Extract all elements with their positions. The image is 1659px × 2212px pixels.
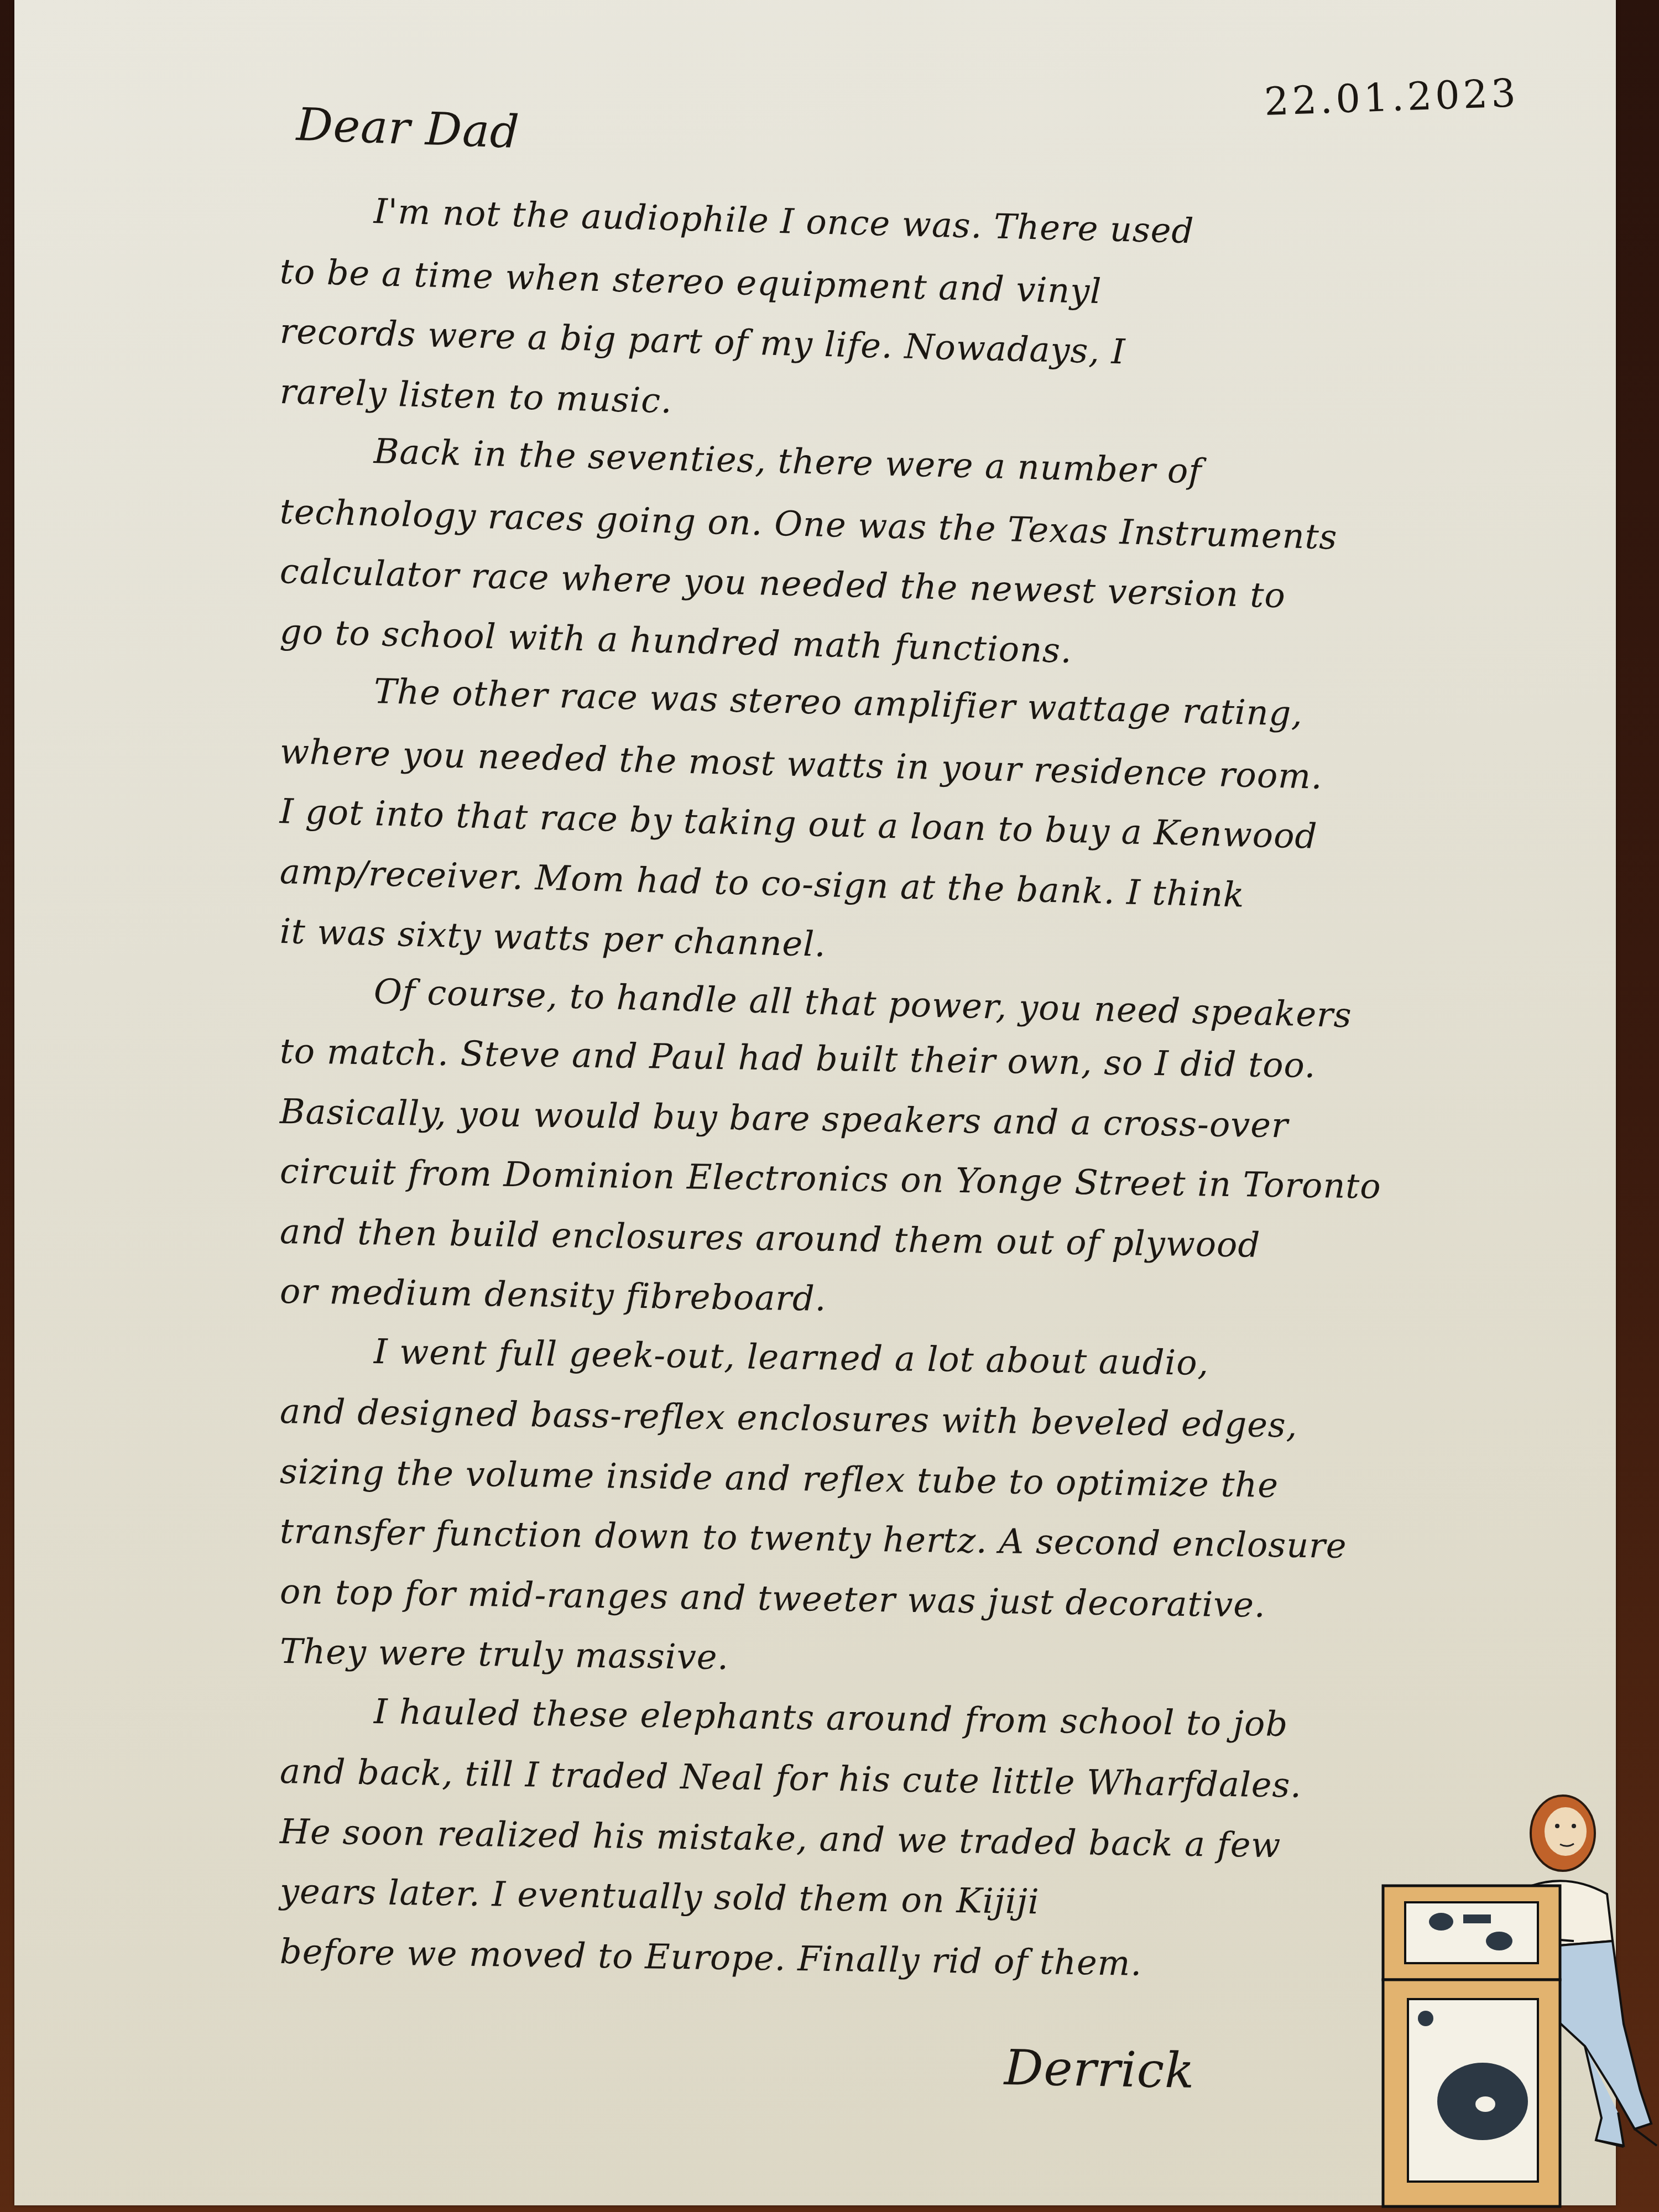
letter-paper: 22.01.2023 Dear Dad I'm not the audiophi… bbox=[14, 0, 1616, 2205]
letter-line: Back in the seventies, there were a numb… bbox=[373, 431, 1202, 492]
lower-speaker-enclosure bbox=[1383, 1980, 1560, 2206]
letter-line: Basically, you would buy bare speakers a… bbox=[279, 1091, 1288, 1145]
letter-line: I'm not the audiophile I once was. There… bbox=[373, 191, 1194, 251]
letter-line: The other race was stereo amplifier watt… bbox=[373, 671, 1303, 734]
letter-line: transfer function down to twenty hertz. … bbox=[279, 1511, 1347, 1566]
letter-line: I got into that race by taking out a loa… bbox=[279, 791, 1318, 857]
letter-line: amp/receiver. Mom had to co-sign at the … bbox=[279, 851, 1245, 915]
letter-line: and back, till I traded Neal for his cut… bbox=[279, 1751, 1302, 1806]
letter-line: go to school with a hundred math functio… bbox=[279, 611, 1072, 671]
letter-line: years later. I eventually sold them on K… bbox=[279, 1871, 1040, 1922]
letter-line: it was sixty watts per channel. bbox=[279, 911, 827, 964]
letter-signature: Derrick bbox=[1004, 2039, 1195, 2099]
letter-line: calculator race where you needed the new… bbox=[279, 551, 1286, 615]
upper-speaker-enclosure bbox=[1383, 1886, 1560, 1980]
letter-line: where you needed the most watts in your … bbox=[279, 731, 1323, 797]
letter-line: and designed bass-reflex enclosures with… bbox=[279, 1391, 1297, 1446]
letter-line: circuit from Dominion Electronics on Yon… bbox=[279, 1151, 1381, 1207]
letter-line: I hauled these elephants around from sch… bbox=[373, 1691, 1288, 1744]
letter-greeting: Dear Dad bbox=[295, 98, 520, 159]
letter-line: technology races going on. One was the T… bbox=[279, 491, 1338, 557]
letter-line: to be a time when stereo equipment and v… bbox=[279, 251, 1102, 311]
letter-line: rarely listen to music. bbox=[279, 371, 673, 421]
letter-line: before we moved to Europe. Finally rid o… bbox=[279, 1931, 1142, 1984]
letter-line: records were a big part of my life. Nowa… bbox=[279, 311, 1126, 372]
letter-line: and then build enclosures around them ou… bbox=[279, 1211, 1260, 1265]
letter-line: I went full geek-out, learned a lot abou… bbox=[373, 1331, 1209, 1383]
letter-line: on top for mid-ranges and tweeter was ju… bbox=[279, 1571, 1266, 1625]
letter-line: sizing the volume inside and reflex tube… bbox=[279, 1451, 1279, 1505]
letter-line: or medium density fibreboard. bbox=[279, 1271, 826, 1319]
man-with-speakers-illustration bbox=[1364, 1781, 1659, 2212]
letter-date: 22.01.2023 bbox=[1264, 70, 1520, 124]
letter-line: He soon realized his mistake, and we tra… bbox=[279, 1811, 1281, 1865]
letter-line: Of course, to handle all that power, you… bbox=[373, 971, 1352, 1035]
letter-line: to match. Steve and Paul had built their… bbox=[279, 1031, 1316, 1086]
letter-line: They were truly massive. bbox=[279, 1631, 729, 1677]
